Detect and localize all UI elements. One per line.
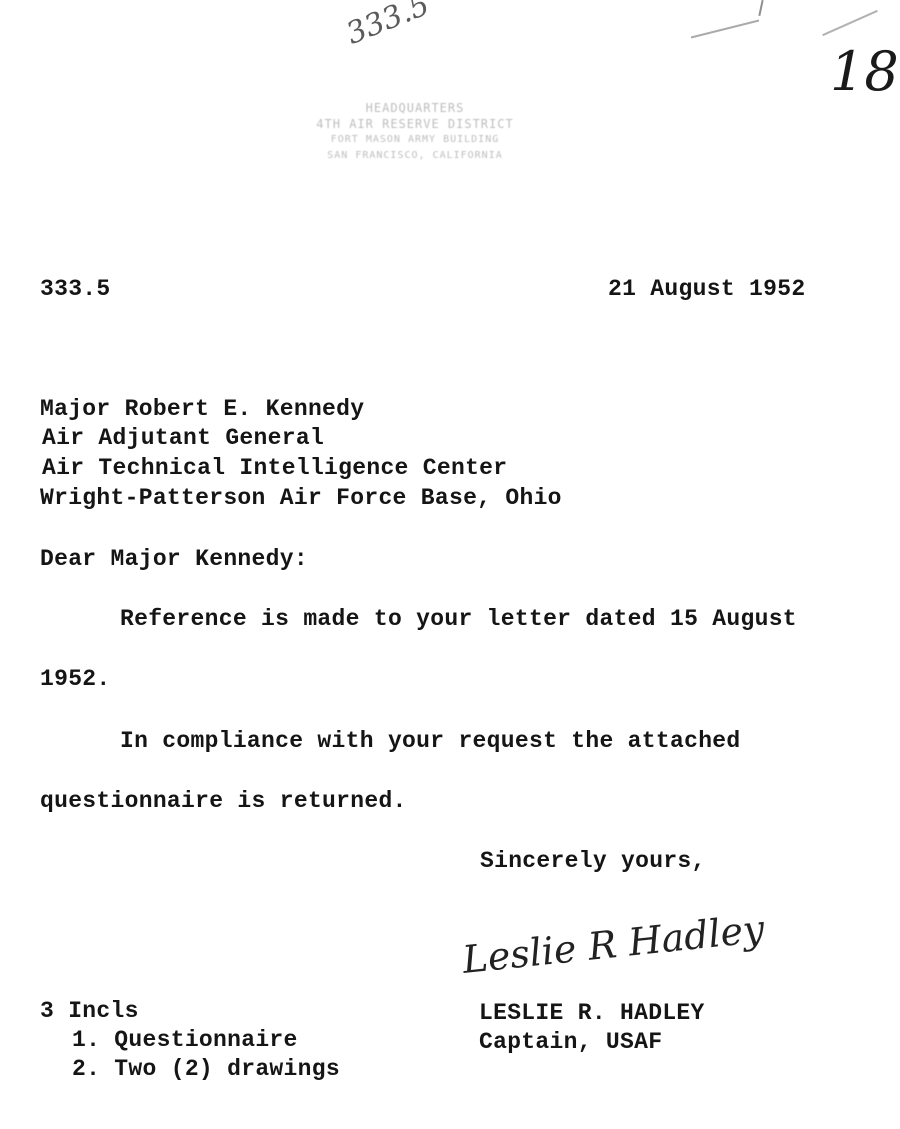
recipient-line: Air Adjutant General bbox=[42, 425, 324, 451]
letterhead-line: FORT MASON ARMY BUILDING bbox=[235, 132, 595, 148]
handwritten-stroke bbox=[691, 20, 759, 39]
salutation: Dear Major Kennedy: bbox=[40, 546, 308, 572]
handwritten-page-number: 18 bbox=[830, 40, 899, 103]
enclosure-item: 1. Questionnaire bbox=[72, 1027, 298, 1053]
letterhead-line: 4TH AIR RESERVE DISTRICT bbox=[235, 116, 595, 132]
body-paragraph-1: Reference is made to your letter dated 1… bbox=[120, 606, 797, 632]
handwritten-stroke bbox=[758, 0, 763, 16]
body-paragraph-2-cont: questionnaire is returned. bbox=[40, 788, 407, 814]
body-paragraph-1-cont: 1952. bbox=[40, 666, 111, 692]
enclosures-heading: 3 Incls bbox=[40, 998, 139, 1024]
signer-title: Captain, USAF bbox=[479, 1029, 662, 1055]
enclosure-item: 2. Two (2) drawings bbox=[72, 1056, 340, 1082]
letterhead-stamp: HEADQUARTERS 4TH AIR RESERVE DISTRICT FO… bbox=[235, 100, 595, 164]
complimentary-close: Sincerely yours, bbox=[480, 848, 706, 874]
signer-name: LESLIE R. HADLEY bbox=[479, 1000, 705, 1026]
file-number: 333.5 bbox=[40, 276, 111, 302]
signature: Leslie R Hadley bbox=[460, 907, 766, 982]
handwritten-file-mark: 333.5 bbox=[342, 0, 435, 52]
recipient-line: Air Technical Intelligence Center bbox=[42, 455, 507, 481]
recipient-line: Wright-Patterson Air Force Base, Ohio bbox=[40, 485, 562, 511]
handwritten-stroke bbox=[822, 10, 878, 36]
letterhead-line: SAN FRANCISCO, CALIFORNIA bbox=[235, 148, 595, 164]
body-paragraph-2: In compliance with your request the atta… bbox=[120, 728, 741, 754]
recipient-line: Major Robert E. Kennedy bbox=[40, 396, 364, 422]
letterhead-line: HEADQUARTERS bbox=[235, 100, 595, 116]
letter-date: 21 August 1952 bbox=[608, 276, 805, 302]
